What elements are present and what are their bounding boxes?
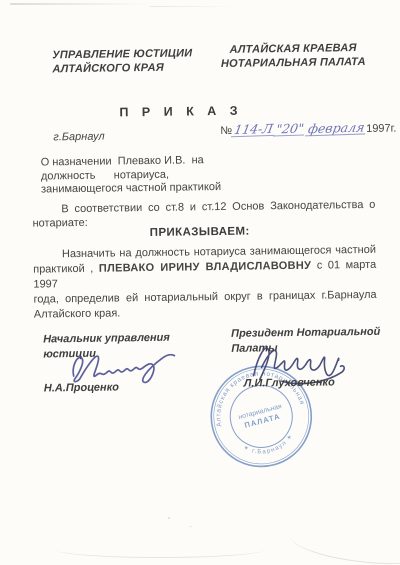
signature-right-name: Л.И.Глуховченко xyxy=(244,376,335,389)
org-left-line2: АЛТАЙСКОГО КРАЯ xyxy=(52,60,192,76)
org-left-line1: УПРАВЛЕНИЕ ЮСТИЦИИ xyxy=(52,46,192,62)
day-handwritten: "20" xyxy=(273,121,307,136)
year-label: 1997г. xyxy=(366,123,396,135)
order-number-handwritten: 114-Л xyxy=(231,122,276,137)
order-paragraph: Назначить на должность нотариуса занимаю… xyxy=(33,243,377,323)
org-right-line2: НОТАРИАЛЬНАЯ ПАЛАТА xyxy=(211,55,375,71)
appointee-name: ПЛЕВАКО ИРИНУ ВЛАДИСЛАВОВНУ xyxy=(99,260,312,275)
signature-left-name: Н.А.Проценко xyxy=(44,381,119,394)
subject-line3: занимающегося частной практикой xyxy=(41,181,221,197)
scanned-order-document: УПРАВЛЕНИЕ ЮСТИЦИИ АЛТАЙСКОГО КРАЯ АЛТАЙ… xyxy=(0,0,400,565)
subject-block: О назначении Плевако И.В. на должность н… xyxy=(41,154,222,197)
number-and-date-line: №114-Л"20"февраля1997г. xyxy=(220,121,396,137)
document-content: УПРАВЛЕНИЕ ЮСТИЦИИ АЛТАЙСКОГО КРАЯ АЛТАЙ… xyxy=(0,0,400,565)
issuing-authority-right: АЛТАЙСКАЯ КРАЕВАЯ НОТАРИАЛЬНАЯ ПАЛАТА xyxy=(211,41,375,71)
document-title: П Р И К А З xyxy=(0,102,364,121)
month-handwritten: февраля xyxy=(305,120,368,136)
order-line2-pre: практикой , xyxy=(33,263,93,276)
order-line2: практикой , ПЛЕВАКО ИРИНУ ВЛАДИСЛАВОВНУ … xyxy=(33,258,376,293)
issuing-authority-left: УПРАВЛЕНИЕ ЮСТИЦИИ АЛТАЙСКОГО КРАЯ xyxy=(52,46,192,76)
place-of-issue: г.Барнаул xyxy=(53,131,104,144)
subject-line1: О назначении Плевако И.В. на xyxy=(41,154,221,170)
